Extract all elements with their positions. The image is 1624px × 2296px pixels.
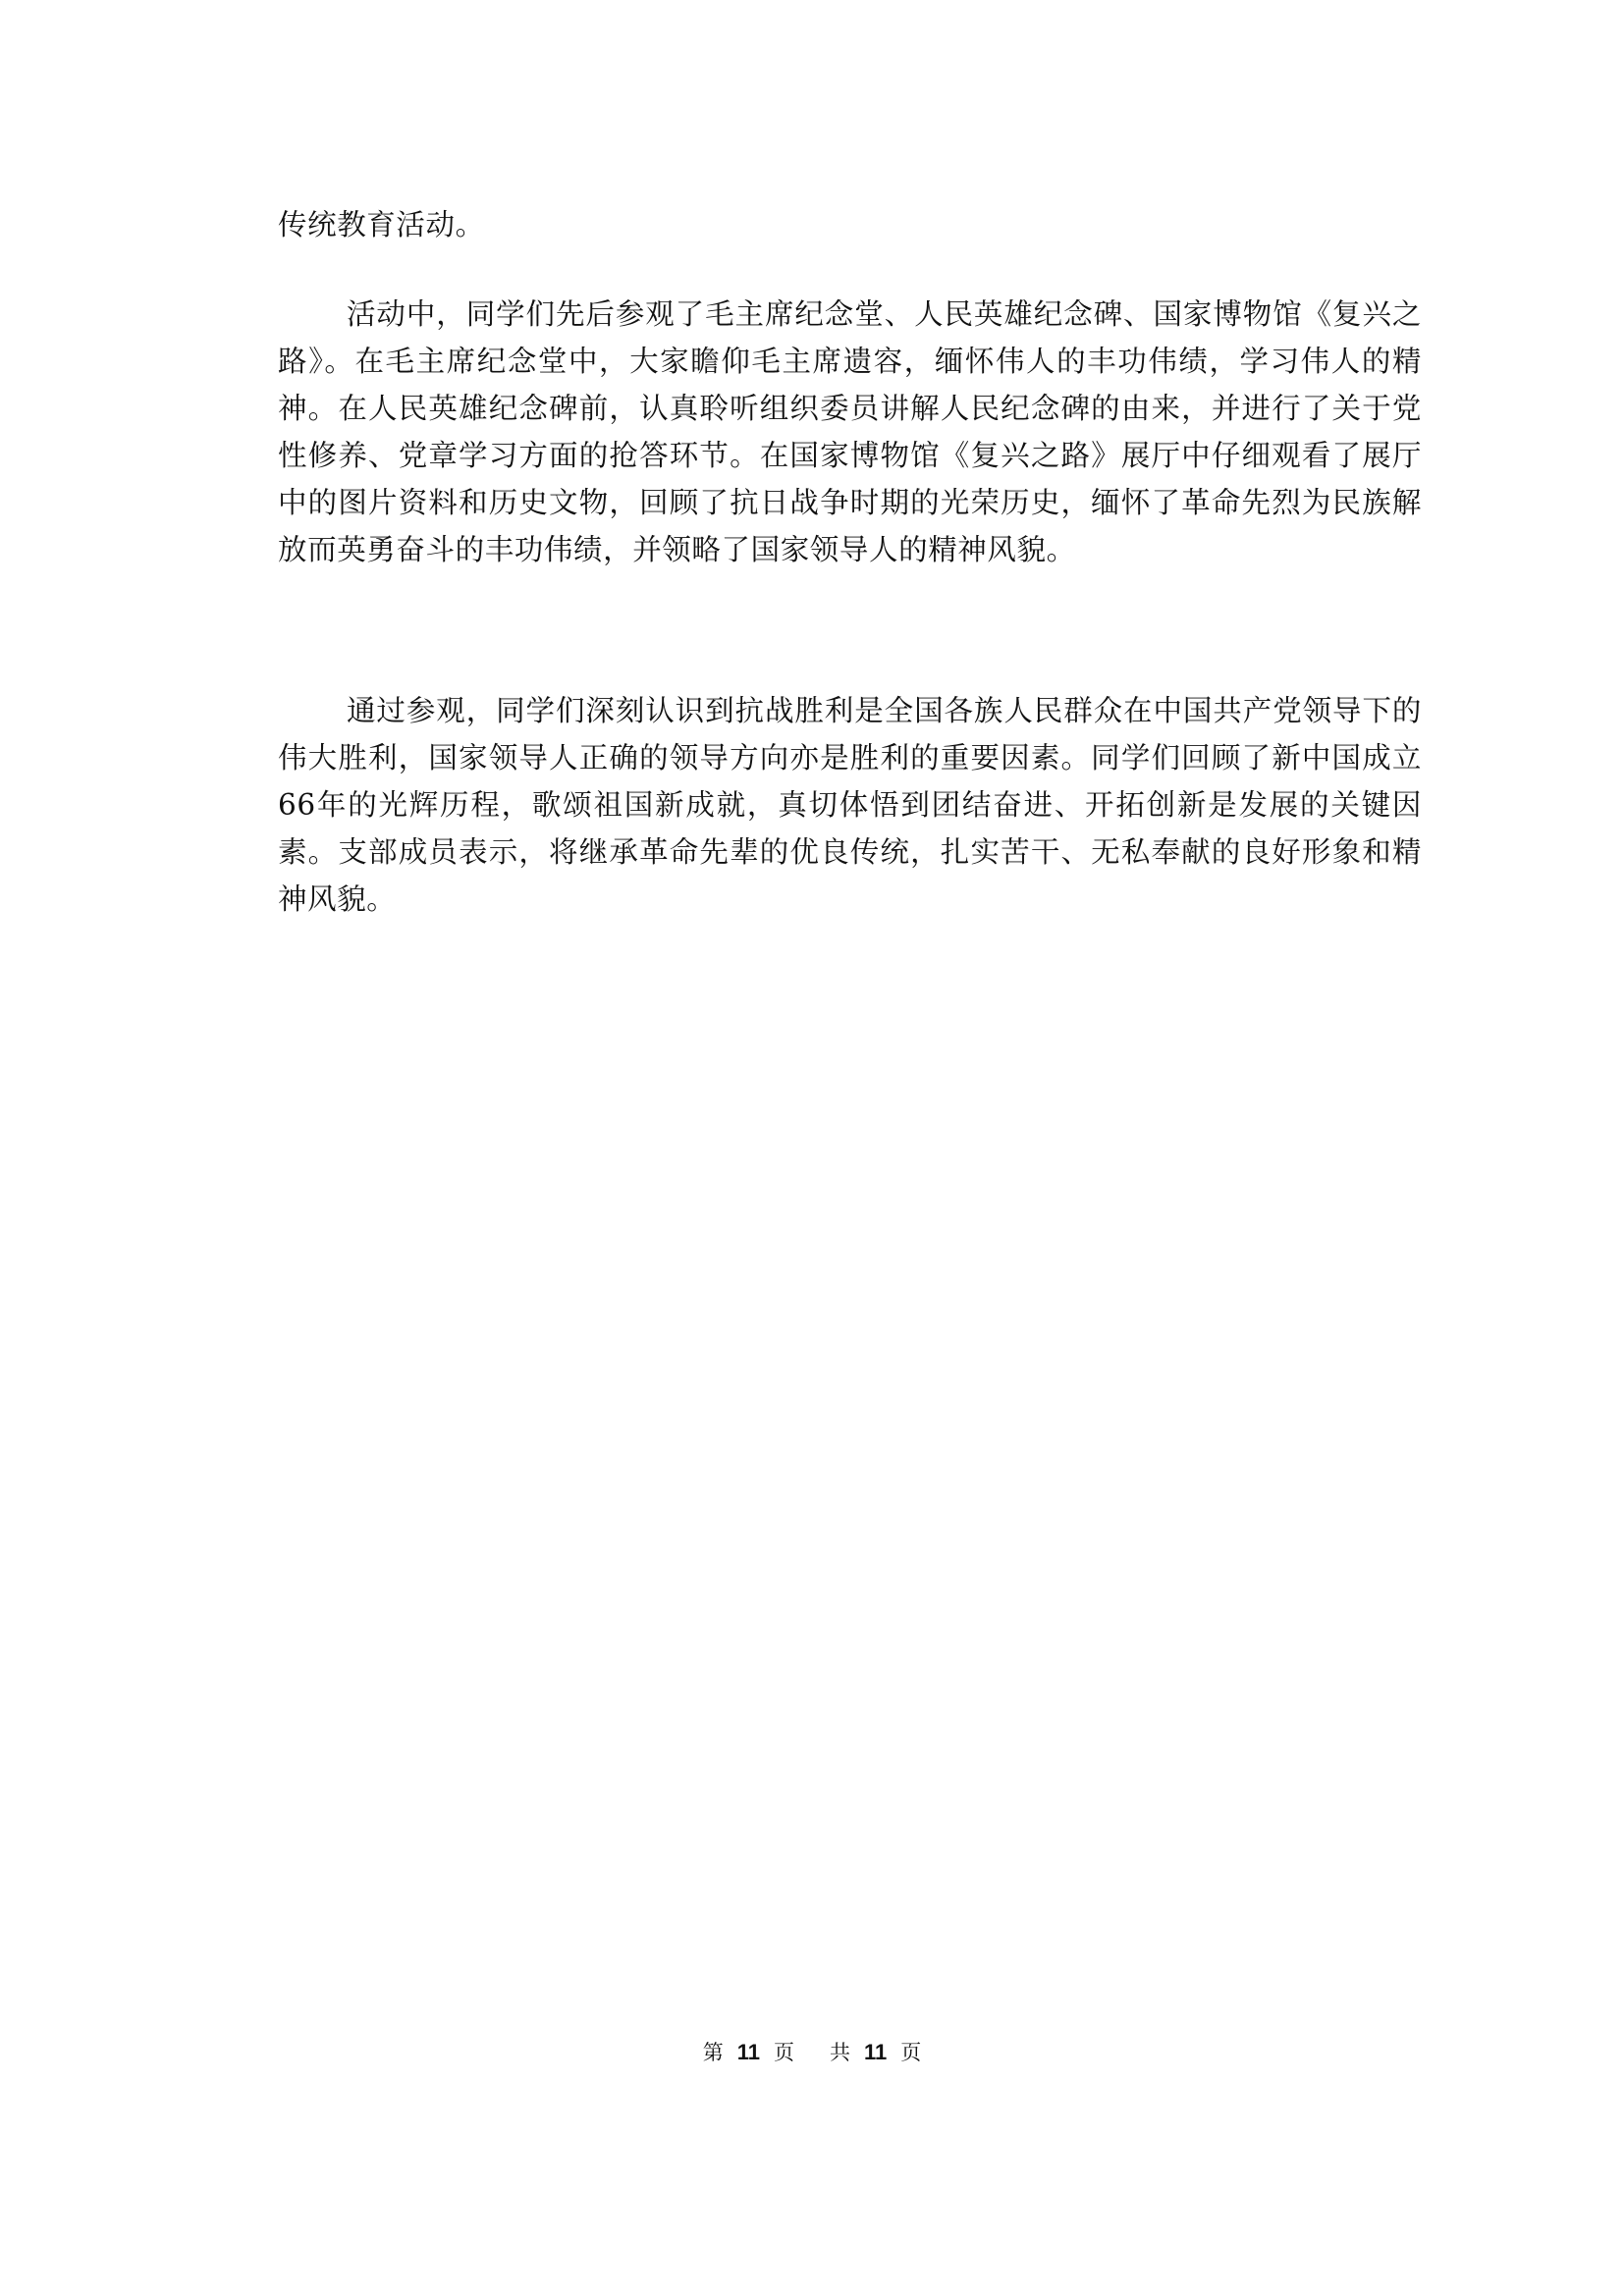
total-suffix: 页 [900, 2041, 921, 2064]
paragraph-reflection: 通过参观，同学们深刻认识到抗战胜利是全国各族人民群众在中国共产党领导下的伟大胜利… [278, 687, 1422, 923]
paragraph-activity-description: 活动中，同学们先后参观了毛主席纪念堂、人民英雄纪念碑、国家博物馆《复兴之路》。在… [278, 291, 1422, 573]
paragraph-continuation: 传统教育活动。 [278, 201, 1422, 248]
current-page-number: 11 [737, 2040, 760, 2064]
total-pages-number: 11 [864, 2040, 887, 2064]
page-suffix: 页 [774, 2041, 794, 2064]
document-page: 传统教育活动。 活动中，同学们先后参观了毛主席纪念堂、人民英雄纪念碑、国家博物馆… [0, 0, 1624, 2296]
page-footer: 第11页共11页 [0, 2040, 1624, 2065]
total-prefix: 共 [830, 2041, 850, 2064]
page-prefix: 第 [703, 2041, 724, 2064]
